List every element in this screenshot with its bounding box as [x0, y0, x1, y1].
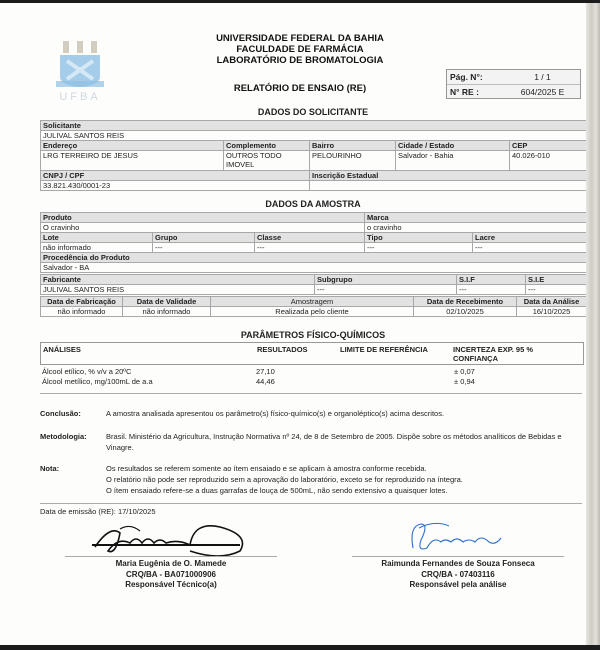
param-incerteza: ± 0,94 [454, 377, 475, 386]
recebimento-label: Data de Recebimento [414, 297, 517, 307]
cidade-value: Salvador - Bahia [396, 151, 510, 171]
complemento-value: OUTROS TODO IMOVEL [224, 151, 310, 171]
lote-label: Lote [41, 233, 153, 243]
cnpj-label: CNPJ / CPF [41, 171, 310, 181]
cnpj-value: 33.821.430/0001-23 [41, 181, 310, 191]
fabricacao-value: não informado [41, 307, 123, 317]
subgrupo-value: --- [315, 285, 457, 295]
analise-value: 16/10/2025 [517, 307, 587, 317]
amostra-table: Produto Marca O cravinho o cravinho Lote… [40, 212, 586, 273]
faculty-name: FACULDADE DE FARMÁCIA [0, 44, 586, 55]
parametros-header: ANÁLISES RESULTADOS LIMITE DE REFERÊNCIA… [40, 342, 584, 365]
col-resultados: RESULTADOS [257, 345, 308, 354]
signatory-role: Responsável pela análise [352, 580, 564, 591]
lote-value: não informado [41, 243, 153, 253]
fabricacao-label: Data de Fabricação [41, 297, 123, 307]
amostragem-value: Realizada pelo cliente [211, 307, 414, 317]
param-analise: Álcool metílico, mg/100mL de a.a [42, 377, 153, 386]
endereco-value: LRG TERREIRO DE JESUS [41, 151, 224, 171]
param-incerteza: ± 0,07 [454, 367, 475, 376]
inscricao-estadual-value [310, 181, 587, 191]
marca-label: Marca [365, 213, 587, 223]
col-analises: ANÁLISES [43, 345, 81, 354]
page-value: 1 / 1 [505, 70, 580, 84]
solicitante-table: Solicitante JULIVAL SANTOS REIS Endereço… [40, 120, 586, 191]
bairro-value: PELOURINHO [310, 151, 396, 171]
inscricao-estadual-label: Inscrição Estadual [310, 171, 587, 181]
metodologia-label: Metodologia: [40, 432, 87, 441]
cep-label: CEP [510, 141, 587, 151]
classe-label: Classe [255, 233, 365, 243]
marca-value: o cravinho [365, 223, 587, 233]
col-limite: LIMITE DE REFERÊNCIA [340, 345, 428, 354]
subgrupo-label: Subgrupo [315, 275, 457, 285]
solicitante-label: Solicitante [41, 121, 587, 131]
nota-line: O relatório não pode ser reproduzido sem… [106, 475, 576, 486]
lacre-value: --- [473, 243, 587, 253]
produto-label: Produto [41, 213, 365, 223]
signatory-crq: CRQ/BA - BA071000906 [65, 570, 277, 581]
param-row: Álcool etílico, % v/v a 20ºC 27,10 ± 0,0… [40, 367, 580, 377]
divider [40, 393, 582, 394]
document-page: UFBA UNIVERSIDADE FEDERAL DA BAHIA FACUL… [0, 3, 586, 645]
col-incerteza: INCERTEZA EXP. 95 % [453, 345, 533, 354]
signature-right-icon [405, 518, 505, 558]
analise-label: Data da Análise [517, 297, 587, 307]
page-label: Pág. N°: [450, 70, 483, 84]
section-title-solicitante: DADOS DO SOLICITANTE [40, 107, 586, 117]
param-resultado: 44,46 [256, 377, 275, 386]
sif-value: --- [457, 285, 526, 295]
nota-label: Nota: [40, 464, 59, 473]
recebimento-value: 02/10/2025 [414, 307, 517, 317]
signatory-crq: CRQ/BA - 07403116 [352, 570, 564, 581]
conclusao-label: Conclusão: [40, 409, 81, 418]
signatory-name: Maria Eugênia de O. Mamede [65, 559, 277, 570]
signatory-right: Raimunda Fernandes de Souza Fonseca CRQ/… [352, 559, 564, 591]
signature-line [352, 556, 564, 557]
validade-label: Data de Validade [123, 297, 211, 307]
grupo-label: Grupo [153, 233, 255, 243]
amostragem-label: Amostragem [211, 297, 414, 307]
procedencia-label: Procedência do Produto [41, 253, 587, 263]
section-title-amostra: DADOS DA AMOSTRA [40, 199, 586, 209]
sie-value: --- [526, 285, 587, 295]
fabricante-table: Fabricante Subgrupo S.I.F S.I.E JULIVAL … [40, 274, 586, 295]
nota-line: Os resultados se referem somente ao ítem… [106, 464, 576, 475]
signatory-left: Maria Eugênia de O. Mamede CRQ/BA - BA07… [65, 559, 277, 591]
signature-line [65, 556, 277, 557]
section-title-parametros: PARÂMETROS FÍSICO-QUÍMICOS [40, 330, 586, 340]
paper-edge [586, 3, 600, 645]
nota-line: O ítem ensaiado refere-se a duas garrafa… [106, 486, 576, 497]
validade-value: não informado [123, 307, 211, 317]
university-name: UNIVERSIDADE FEDERAL DA BAHIA [0, 33, 586, 44]
cidade-label: Cidade / Estado [396, 141, 510, 151]
grupo-value: --- [153, 243, 255, 253]
re-number-value: 604/2025 E [505, 85, 580, 99]
bairro-label: Bairro [310, 141, 396, 151]
lab-name: LABORATÓRIO DE BROMATOLOGIA [0, 55, 586, 66]
sif-label: S.I.F [457, 275, 526, 285]
classe-value: --- [255, 243, 365, 253]
datas-table: Data de Fabricação Data de Validade Amos… [40, 296, 586, 317]
tipo-value: --- [365, 243, 473, 253]
fabricante-value: JULIVAL SANTOS REIS [41, 285, 315, 295]
lacre-label: Lacre [473, 233, 587, 243]
endereco-label: Endereço [41, 141, 224, 151]
conclusao-text: A amostra analisada apresentou os parâme… [106, 409, 576, 420]
re-number-label: N° RE : [450, 85, 479, 99]
fabricante-label: Fabricante [41, 275, 315, 285]
solicitante-value: JULIVAL SANTOS REIS [41, 131, 587, 141]
signature-left-icon [90, 515, 250, 561]
sie-label: S.I.E [526, 275, 587, 285]
signatory-name: Raimunda Fernandes de Souza Fonseca [352, 559, 564, 570]
col-incerteza-2: CONFIANÇA [453, 354, 498, 363]
page-number-box: Pág. N°: 1 / 1 N° RE : 604/2025 E [446, 69, 581, 99]
divider [40, 503, 582, 504]
produto-value: O cravinho [41, 223, 365, 233]
param-resultado: 27,10 [256, 367, 275, 376]
metodologia-text: Brasil. Ministério da Agricultura, Instr… [106, 432, 576, 453]
complemento-label: Complemento [224, 141, 310, 151]
procedencia-value: Salvador - BA [41, 263, 587, 273]
cep-value: 40.026-010 [510, 151, 587, 171]
tipo-label: Tipo [365, 233, 473, 243]
param-row: Álcool metílico, mg/100mL de a.a 44,46 ±… [40, 377, 580, 387]
signatory-role: Responsável Técnico(a) [65, 580, 277, 591]
param-analise: Álcool etílico, % v/v a 20ºC [42, 367, 131, 376]
